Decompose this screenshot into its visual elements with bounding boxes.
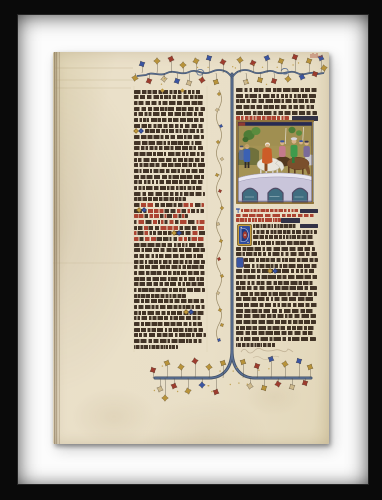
- script-line: [236, 111, 317, 115]
- script-line: [134, 260, 205, 264]
- line-filler-bar: [281, 218, 300, 222]
- script-line: [236, 88, 318, 92]
- script-line: [134, 243, 205, 247]
- script-line: [134, 169, 206, 173]
- line-filler-bar: [300, 224, 318, 228]
- script-line: [134, 158, 206, 162]
- script-line: [145, 129, 206, 133]
- script-line: [134, 180, 205, 184]
- script-line: [134, 333, 206, 337]
- binding-edge: [54, 52, 60, 444]
- script-line: [134, 192, 205, 196]
- script-line: [236, 292, 317, 296]
- script-line: [236, 281, 315, 285]
- blue-leaf-square: [176, 230, 182, 236]
- right-text-column-upper: [236, 88, 318, 122]
- script-line: [134, 163, 205, 167]
- script-line: [134, 203, 204, 207]
- script-line: [253, 224, 297, 228]
- script-line: [236, 214, 316, 217]
- script-line: [134, 220, 206, 224]
- script-line: [241, 209, 299, 212]
- blue-leaf-square: [141, 207, 147, 213]
- script-line: [253, 230, 317, 234]
- script-line: [236, 320, 316, 324]
- script-line: [236, 94, 316, 98]
- champ-initial-marker: [137, 208, 147, 213]
- script-line: [236, 275, 318, 279]
- script-line: [134, 152, 205, 156]
- script-line: [134, 254, 204, 258]
- script-line: [236, 252, 317, 256]
- script-line: [134, 118, 204, 122]
- script-line: [236, 286, 317, 290]
- script-line: [236, 343, 277, 347]
- script-line: [236, 297, 315, 301]
- script-line: [134, 299, 204, 303]
- script-line: [134, 146, 203, 150]
- blue-leaf-square: [138, 128, 144, 134]
- script-line: [134, 277, 204, 281]
- script-line: [236, 314, 316, 318]
- champ-initial-marker: [268, 269, 278, 274]
- script-line: [134, 95, 203, 99]
- script-line: [134, 231, 206, 235]
- folio-mark: [311, 53, 322, 58]
- script-line: [134, 175, 205, 179]
- script-line: [134, 107, 205, 111]
- script-line: [134, 112, 205, 116]
- script-line: [134, 226, 206, 230]
- script-line: [134, 135, 204, 139]
- rubric-caption: [236, 209, 318, 225]
- script-line: [134, 248, 205, 252]
- script-line: [134, 288, 205, 292]
- script-line: [134, 294, 186, 298]
- script-line: [134, 271, 205, 275]
- script-line: [236, 309, 316, 313]
- script-line: [236, 99, 315, 103]
- script-line: [134, 197, 186, 201]
- script-line: [236, 303, 317, 307]
- champ-initial-marker: [172, 231, 182, 236]
- script-line: [134, 345, 178, 349]
- script-line: [244, 258, 318, 262]
- script-line: [134, 305, 205, 309]
- champ-initial-marker: [134, 129, 144, 134]
- script-line: [134, 316, 204, 320]
- script-line: [236, 105, 317, 109]
- blue-leaf-square: [188, 309, 194, 315]
- small-inline-initial: [237, 258, 244, 268]
- miniature-painting: [236, 120, 314, 204]
- script-line: [236, 326, 317, 330]
- script-line: [236, 337, 316, 341]
- script-line: [134, 322, 205, 326]
- script-line: [236, 331, 316, 335]
- script-line: [134, 265, 205, 269]
- script-line: [236, 218, 281, 221]
- line-filler-bar: [300, 209, 318, 213]
- script-line: [134, 339, 205, 343]
- framed-manuscript-photo: [0, 0, 382, 500]
- illuminated-initial: [237, 224, 252, 246]
- left-text-column: [134, 90, 206, 356]
- script-line: [134, 90, 203, 94]
- script-line: [253, 241, 315, 245]
- script-line: [236, 247, 315, 251]
- blue-paraph-mark: [236, 208, 240, 213]
- script-line: [244, 264, 317, 268]
- script-line: [134, 328, 203, 332]
- script-line: [134, 124, 203, 128]
- script-line: [134, 214, 188, 218]
- blue-leaf-square: [272, 268, 278, 274]
- script-line: [134, 186, 203, 190]
- script-line: [134, 101, 204, 105]
- champ-initial-marker: [184, 310, 194, 315]
- script-line: [134, 141, 204, 145]
- manuscript-page: [53, 52, 329, 444]
- script-line: [134, 237, 204, 241]
- script-line: [253, 235, 315, 239]
- script-line: [134, 282, 205, 286]
